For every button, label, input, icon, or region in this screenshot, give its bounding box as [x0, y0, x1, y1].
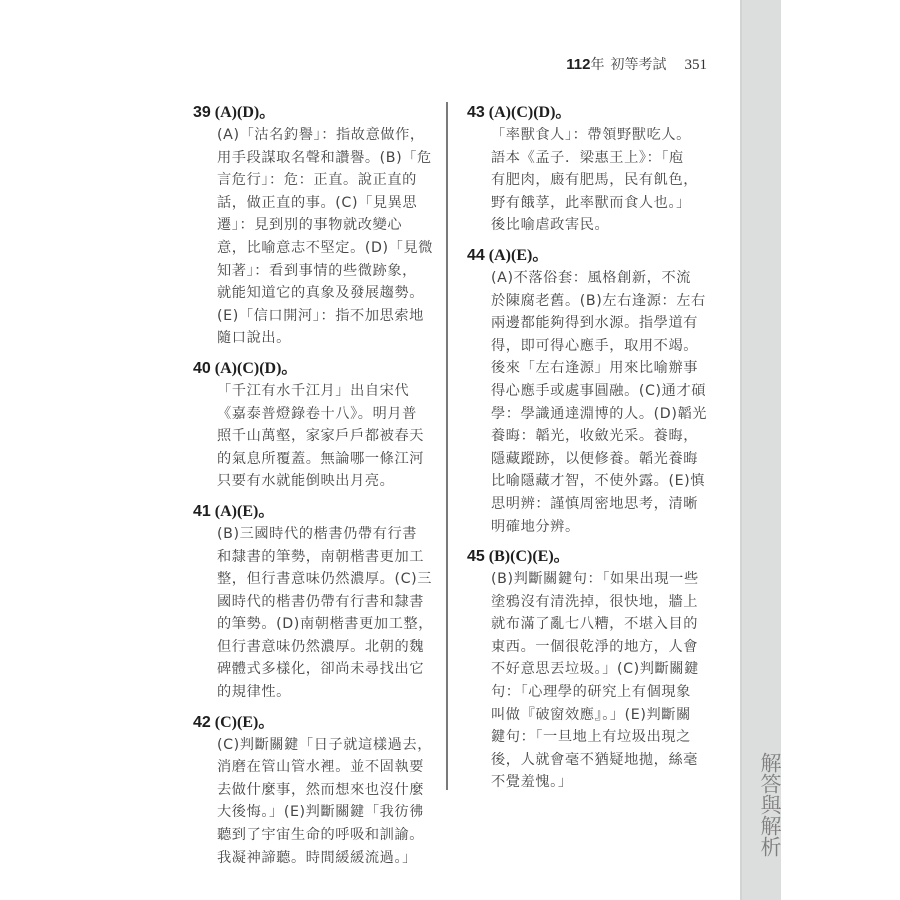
explanation-line: (A)「沽名釣譽」：指故意做作，	[217, 124, 438, 147]
column-divider	[446, 102, 448, 790]
explanation-line: 東西。一個很乾淨的地方，人會	[491, 636, 712, 659]
explanation-line: 不覺羞愧。」	[491, 771, 712, 794]
explanation-line: 兩邊都能夠得到水源。指學道有	[491, 312, 712, 335]
explanation-line: 養晦：韜光，收斂光采。養晦，	[491, 425, 712, 448]
explanation-line: 整，但行書意味仍然濃厚。(C)三	[217, 568, 438, 591]
entry-heading: 44(A)(E)。	[467, 243, 712, 267]
explanation-line: 照千山萬壑，家家戶戶都被春天	[217, 425, 438, 448]
explanation-line: 明確地分辨。	[491, 516, 712, 539]
explanation-line: 後，人就會毫不猶疑地拋，絲毫	[491, 749, 712, 772]
left-column: 39(A)(D)。 (A)「沽名釣譽」：指故意做作， 用手段謀取名聲和讚譽。(B…	[193, 100, 438, 875]
explanation-line: 大後悔。」(E)判斷關鍵「我彷彿	[217, 801, 438, 824]
explanation-line: 只要有水就能倒映出月亮。	[217, 470, 438, 493]
explanation-line: 和隸書的筆勢，南朝楷書更加工	[217, 546, 438, 569]
explanation-line: 遷」：見到別的事物就改變心	[217, 214, 438, 237]
explanation: 「率獸食人」：帶領野獸吃人。 語本《孟子．梁惠王上》：「庖 有肥肉，廄有肥馬，民…	[491, 124, 712, 237]
explanation-line: 去做什麼事，然而想來也沒什麼	[217, 779, 438, 802]
explanation-line: 言危行」：危：正直。說正直的	[217, 169, 438, 192]
explanation-line: 知著」：看到事情的些微跡象，	[217, 260, 438, 283]
answer-entry-42: 42(C)(E)。 (C)判斷關鍵「日子就這樣過去， 消磨在管山管水裡。並不固執…	[193, 710, 438, 870]
exam-year: 112	[566, 56, 590, 73]
explanation-line: 消磨在管山管水裡。並不固執要	[217, 756, 438, 779]
explanation-line: (B)判斷關鍵句：「如果出現一些	[491, 568, 712, 591]
exam-name: 初等考試	[611, 57, 667, 73]
answer-entry-41: 41(A)(E)。 (B)三國時代的楷書仍帶有行書 和隸書的筆勢，南朝楷書更加工…	[193, 499, 438, 704]
chapter-tab-label: 解答與解析	[742, 752, 781, 857]
answer-key: (A)(D)。	[215, 104, 275, 121]
answer-key: (C)(E)。	[215, 714, 275, 731]
explanation: (B)三國時代的楷書仍帶有行書 和隸書的筆勢，南朝楷書更加工 整，但行書意味仍然…	[217, 523, 438, 704]
entry-heading: 42(C)(E)。	[193, 710, 438, 734]
answer-key: (B)(C)(E)。	[489, 548, 570, 565]
explanation-line: 「率獸食人」：帶領野獸吃人。	[491, 124, 712, 147]
explanation-line: 話，做正直的事。(C)「見異思	[217, 192, 438, 215]
explanation-line: 「千江有水千江月」出自宋代	[217, 380, 438, 403]
explanation-line: 隨口說出。	[217, 327, 438, 350]
explanation-line: 就能知道它的真象及發展趨勢。	[217, 282, 438, 305]
explanation-line: 但行書意味仍然濃厚。北朝的魏	[217, 636, 438, 659]
explanation-line: (B)三國時代的楷書仍帶有行書	[217, 523, 438, 546]
explanation-line: 語本《孟子．梁惠王上》：「庖	[491, 147, 712, 170]
question-number: 39	[193, 104, 211, 121]
question-number: 43	[467, 104, 485, 121]
explanation: (A)「沽名釣譽」：指故意做作， 用手段謀取名聲和讚譽。(B)「危 言危行」：危…	[217, 124, 438, 350]
explanation: (C)判斷關鍵「日子就這樣過去， 消磨在管山管水裡。並不固執要 去做什麼事，然而…	[217, 734, 438, 870]
year-suffix: 年	[591, 57, 605, 73]
running-header: 112年初等考試351	[566, 54, 707, 74]
entry-heading: 41(A)(E)。	[193, 499, 438, 523]
explanation-line: 用手段謀取名聲和讚譽。(B)「危	[217, 147, 438, 170]
explanation-line: 就布滿了亂七八糟，不堪入目的	[491, 613, 712, 636]
explanation-line: 的氣息所覆蓋。無論哪一條江河	[217, 448, 438, 471]
question-number: 44	[467, 247, 485, 264]
explanation-line: 隱藏蹤跡，以便修養。韜光養晦	[491, 448, 712, 471]
explanation-line: 比喻隱藏才智，不使外露。(E)慎	[491, 470, 712, 493]
explanation-line: 得心應手或處事圓融。(C)通才碩	[491, 380, 712, 403]
right-column: 43(A)(C)(D)。 「率獸食人」：帶領野獸吃人。 語本《孟子．梁惠王上》：…	[467, 100, 712, 800]
explanation: (A)不落俗套：風格創新，不流 於陳腐老舊。(B)左右逢源：左右 兩邊都能夠得到…	[491, 267, 712, 538]
explanation-line: 不好意思丟垃圾。」(C)判斷關鍵	[491, 658, 712, 681]
answer-entry-44: 44(A)(E)。 (A)不落俗套：風格創新，不流 於陳腐老舊。(B)左右逢源：…	[467, 243, 712, 538]
answer-key: (A)(C)(D)。	[215, 360, 298, 377]
explanation-line: 後比喻虐政害民。	[491, 214, 712, 237]
explanation-line: (E)「信口開河」：指不加思索地	[217, 305, 438, 328]
answer-entry-40: 40(A)(C)(D)。 「千江有水千江月」出自宋代 《嘉泰普燈錄卷十八》。明月…	[193, 356, 438, 493]
explanation-line: 叫做『破窗效應』。」(E)判斷關	[491, 704, 712, 727]
explanation-line: 野有餓莩，此率獸而食人也。」	[491, 192, 712, 215]
explanation-line: 塗鴉沒有清洗掉，很快地，牆上	[491, 591, 712, 614]
explanation-line: (C)判斷關鍵「日子就這樣過去，	[217, 734, 438, 757]
question-number: 42	[193, 714, 211, 731]
question-number: 45	[467, 548, 485, 565]
explanation-line: 有肥肉，廄有肥馬，民有飢色，	[491, 169, 712, 192]
explanation-line: 意，比喻意志不堅定。(D)「見微	[217, 237, 438, 260]
explanation: 「千江有水千江月」出自宋代 《嘉泰普燈錄卷十八》。明月普 照千山萬壑，家家戶戶都…	[217, 380, 438, 493]
explanation-line: 的規律性。	[217, 681, 438, 704]
question-number: 41	[193, 503, 211, 520]
explanation: (B)判斷關鍵句：「如果出現一些 塗鴉沒有清洗掉，很快地，牆上 就布滿了亂七八糟…	[491, 568, 712, 794]
question-number: 40	[193, 360, 211, 377]
explanation-line: 聽到了宇宙生命的呼吸和訓諭。	[217, 824, 438, 847]
explanation-line: 我凝神諦聽。時間緩緩流過。」	[217, 847, 438, 870]
explanation-line: 學：學識通達淵博的人。(D)韜光	[491, 403, 712, 426]
explanation-line: 思明辨：謹慎周密地思考，清晰	[491, 493, 712, 516]
explanation-line: (A)不落俗套：風格創新，不流	[491, 267, 712, 290]
entry-heading: 40(A)(C)(D)。	[193, 356, 438, 380]
explanation-line: 國時代的楷書仍帶有行書和隸書	[217, 591, 438, 614]
explanation-line: 得，即可得心應手，取用不竭。	[491, 335, 712, 358]
answer-entry-45: 45(B)(C)(E)。 (B)判斷關鍵句：「如果出現一些 塗鴉沒有清洗掉，很快…	[467, 544, 712, 794]
explanation-line: 鍵句：「一旦地上有垃圾出現之	[491, 726, 712, 749]
explanation-line: 的筆勢。(D)南朝楷書更加工整，	[217, 613, 438, 636]
answer-key: (A)(E)。	[215, 503, 275, 520]
explanation-line: 《嘉泰普燈錄卷十八》。明月普	[217, 403, 438, 426]
explanation-line: 句：「心理學的研究上有個現象	[491, 681, 712, 704]
explanation-line: 後來「左右逢源」用來比喻辦事	[491, 357, 712, 380]
explanation-line: 碑體式多樣化，卻尚未尋找出它	[217, 658, 438, 681]
entry-heading: 43(A)(C)(D)。	[467, 100, 712, 124]
answer-key: (A)(C)(D)。	[489, 104, 572, 121]
explanation-line: 於陳腐老舊。(B)左右逢源：左右	[491, 290, 712, 313]
chapter-side-tab: 解答與解析	[740, 0, 781, 900]
entry-heading: 39(A)(D)。	[193, 100, 438, 124]
answer-key: (A)(E)。	[489, 247, 549, 264]
page-number: 351	[685, 57, 708, 73]
answer-entry-39: 39(A)(D)。 (A)「沽名釣譽」：指故意做作， 用手段謀取名聲和讚譽。(B…	[193, 100, 438, 350]
entry-heading: 45(B)(C)(E)。	[467, 544, 712, 568]
answer-entry-43: 43(A)(C)(D)。 「率獸食人」：帶領野獸吃人。 語本《孟子．梁惠王上》：…	[467, 100, 712, 237]
